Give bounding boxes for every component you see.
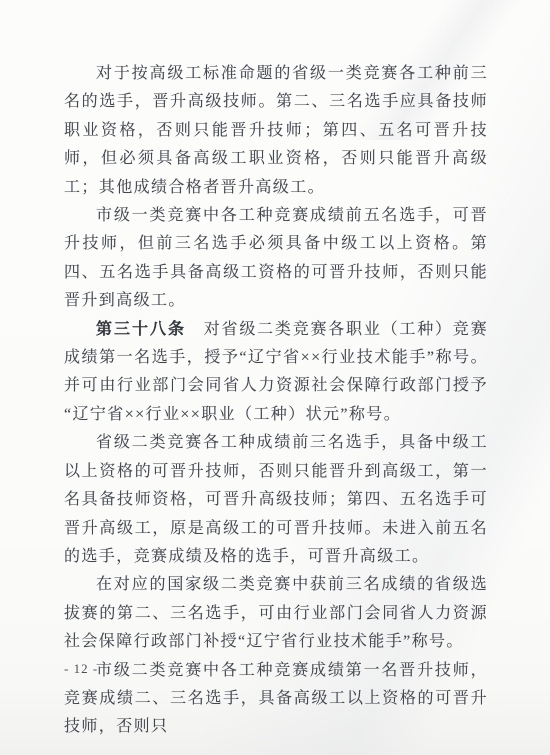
paragraph: 市级二类竞赛中各工种竞赛成绩第一名晋升技师，竞赛成绩二、三名选手，具备高级工以上… bbox=[64, 657, 488, 742]
scanned-document-page: 对于按高级工标准命题的省级一类竞赛各工种前三名的选手，晋升高级技师。第二、三名选… bbox=[0, 0, 550, 755]
paragraph-text: 省级二类竞赛各工种成绩前三名选手，具备中级工以上资格的可晋升技师，否则只能晋升到… bbox=[64, 434, 488, 565]
paragraph: 对于按高级工标准命题的省级一类竞赛各工种前三名的选手，晋升高级技师。第二、三名选… bbox=[64, 60, 488, 202]
paragraph-text: 在对应的国家级二类竞赛中获前三名成绩的省级选拔赛的第二、三名选手，可由行业部门会… bbox=[64, 576, 488, 650]
page-number: - 12 - bbox=[64, 661, 98, 677]
paragraph-text: 对于按高级工标准命题的省级一类竞赛各工种前三名的选手，晋升高级技师。第二、三名选… bbox=[64, 65, 488, 196]
paragraph: 省级二类竞赛各工种成绩前三名选手，具备中级工以上资格的可晋升技师，否则只能晋升到… bbox=[64, 429, 488, 571]
article-number-heading: 第三十八条 bbox=[96, 321, 186, 338]
paragraph-text: 市级一类竞赛中各工种竞赛成绩前五名选手，可晋升技师，但前三名选手必须具备中级工以… bbox=[64, 207, 488, 309]
paragraph-text: 市级二类竞赛中各工种竞赛成绩第一名晋升技师，竞赛成绩二、三名选手，具备高级工以上… bbox=[64, 662, 488, 736]
document-text-block: 对于按高级工标准命题的省级一类竞赛各工种前三名的选手，晋升高级技师。第二、三名选… bbox=[64, 60, 488, 742]
paragraph: 第三十八条 对省级二类竞赛各职业（工种）竞赛成绩第一名选手，授予“辽宁省××行业… bbox=[64, 316, 488, 430]
paragraph: 在对应的国家级二类竞赛中获前三名成绩的省级选拔赛的第二、三名选手，可由行业部门会… bbox=[64, 571, 488, 656]
paragraph: 市级一类竞赛中各工种竞赛成绩前五名选手，可晋升技师，但前三名选手必须具备中级工以… bbox=[64, 202, 488, 316]
